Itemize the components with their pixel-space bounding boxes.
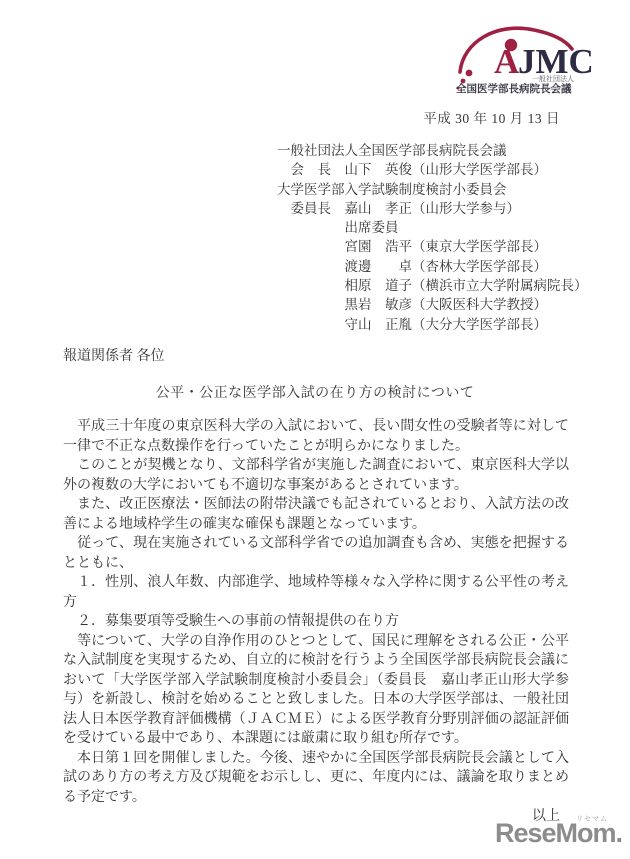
- sender-president: 会 長 山下 英俊（山形大学医学部長）: [277, 160, 588, 179]
- sender-organization: 一般社団法人全国医学部長病院長会議: [277, 141, 588, 160]
- list-item-2: ２．募集要項等受験生への事前の情報提供の在り方: [63, 612, 569, 632]
- sender-member: 宮園 浩平（東京大学医学部長）: [277, 237, 588, 256]
- closing-word: 以上: [63, 807, 569, 827]
- sender-attendees-label: 出席委員: [277, 218, 588, 237]
- sender-member: 守山 正胤（大分大学医学部長）: [277, 315, 588, 334]
- sender-committee: 大学医学部入学試験制度検討小委員会: [277, 180, 588, 199]
- sender-chairman: 委員長 嘉山 孝正（山形大学参与）: [277, 199, 588, 218]
- resemom-ruby-label: リセマム: [576, 814, 608, 824]
- paragraph-1: 平成三十年度の東京医科大学の入試において、長い間女性の受験者等に対して一律で不正…: [63, 417, 569, 456]
- paragraph-2: このことが契機となり、文部科学省が実施した調査において、東京医科大学以外の複数の…: [63, 456, 569, 495]
- addressee: 報道関係者 各位: [63, 345, 165, 365]
- sender-member: 黒岩 敏彦（大阪医科大学教授）: [277, 295, 588, 314]
- document-title: 公平・公正な医学部入試の在り方の検討について: [0, 382, 630, 402]
- document-date: 平成 30 年 10 月 13 日: [423, 107, 560, 127]
- ajmc-logo: A JMC 一般社団法人 全国医学部長病院長会議: [448, 26, 600, 110]
- sender-member: 渡邊 卓（杏林大学医学部長）: [277, 257, 588, 276]
- resemom-logo: リセマム ReseMom.: [495, 818, 622, 854]
- list-item-1: １．性別、浪人年数、内部進学、地域枠等様々な入学枠に関する公平性の考え方: [63, 573, 569, 612]
- logo-subtitle-small: 一般社団法人: [532, 74, 574, 83]
- paragraph-4: 従って、現在実施されている文部科学省での追加調査も含め、実態を把握するとともに、: [63, 534, 569, 573]
- logo-letter-a: A: [494, 42, 520, 81]
- logo-subtitle-main: 全国医学部長病院長会議: [456, 82, 572, 95]
- logo-dot-large: [466, 70, 473, 77]
- sender-member: 相原 道子（横浜市立大学附属病院長）: [277, 276, 588, 295]
- paragraph-3: また、改正医療法・医師法の附帯決議でも記されているとおり、入試方法の改善による地…: [63, 495, 569, 534]
- sender-block: 一般社団法人全国医学部長病院長会議 会 長 山下 英俊（山形大学医学部長） 大学…: [277, 141, 588, 334]
- paragraph-6: 本日第１回を開催しました。今後、速やかに全国医学部長病院長会議として入試のあり方…: [63, 749, 569, 808]
- document-body: 平成三十年度の東京医科大学の入試において、長い間女性の受験者等に対して一律で不正…: [63, 417, 569, 827]
- ajmc-logo-graphic: A JMC 一般社団法人 全国医学部長病院長会議: [448, 26, 600, 110]
- press-release-page: A JMC 一般社団法人 全国医学部長病院長会議 平成 30 年 10 月 13…: [0, 0, 630, 859]
- paragraph-5: 等について、大学の自浄作用のひとつとして、国民に理解をされる公正・公平な入試制度…: [63, 632, 569, 749]
